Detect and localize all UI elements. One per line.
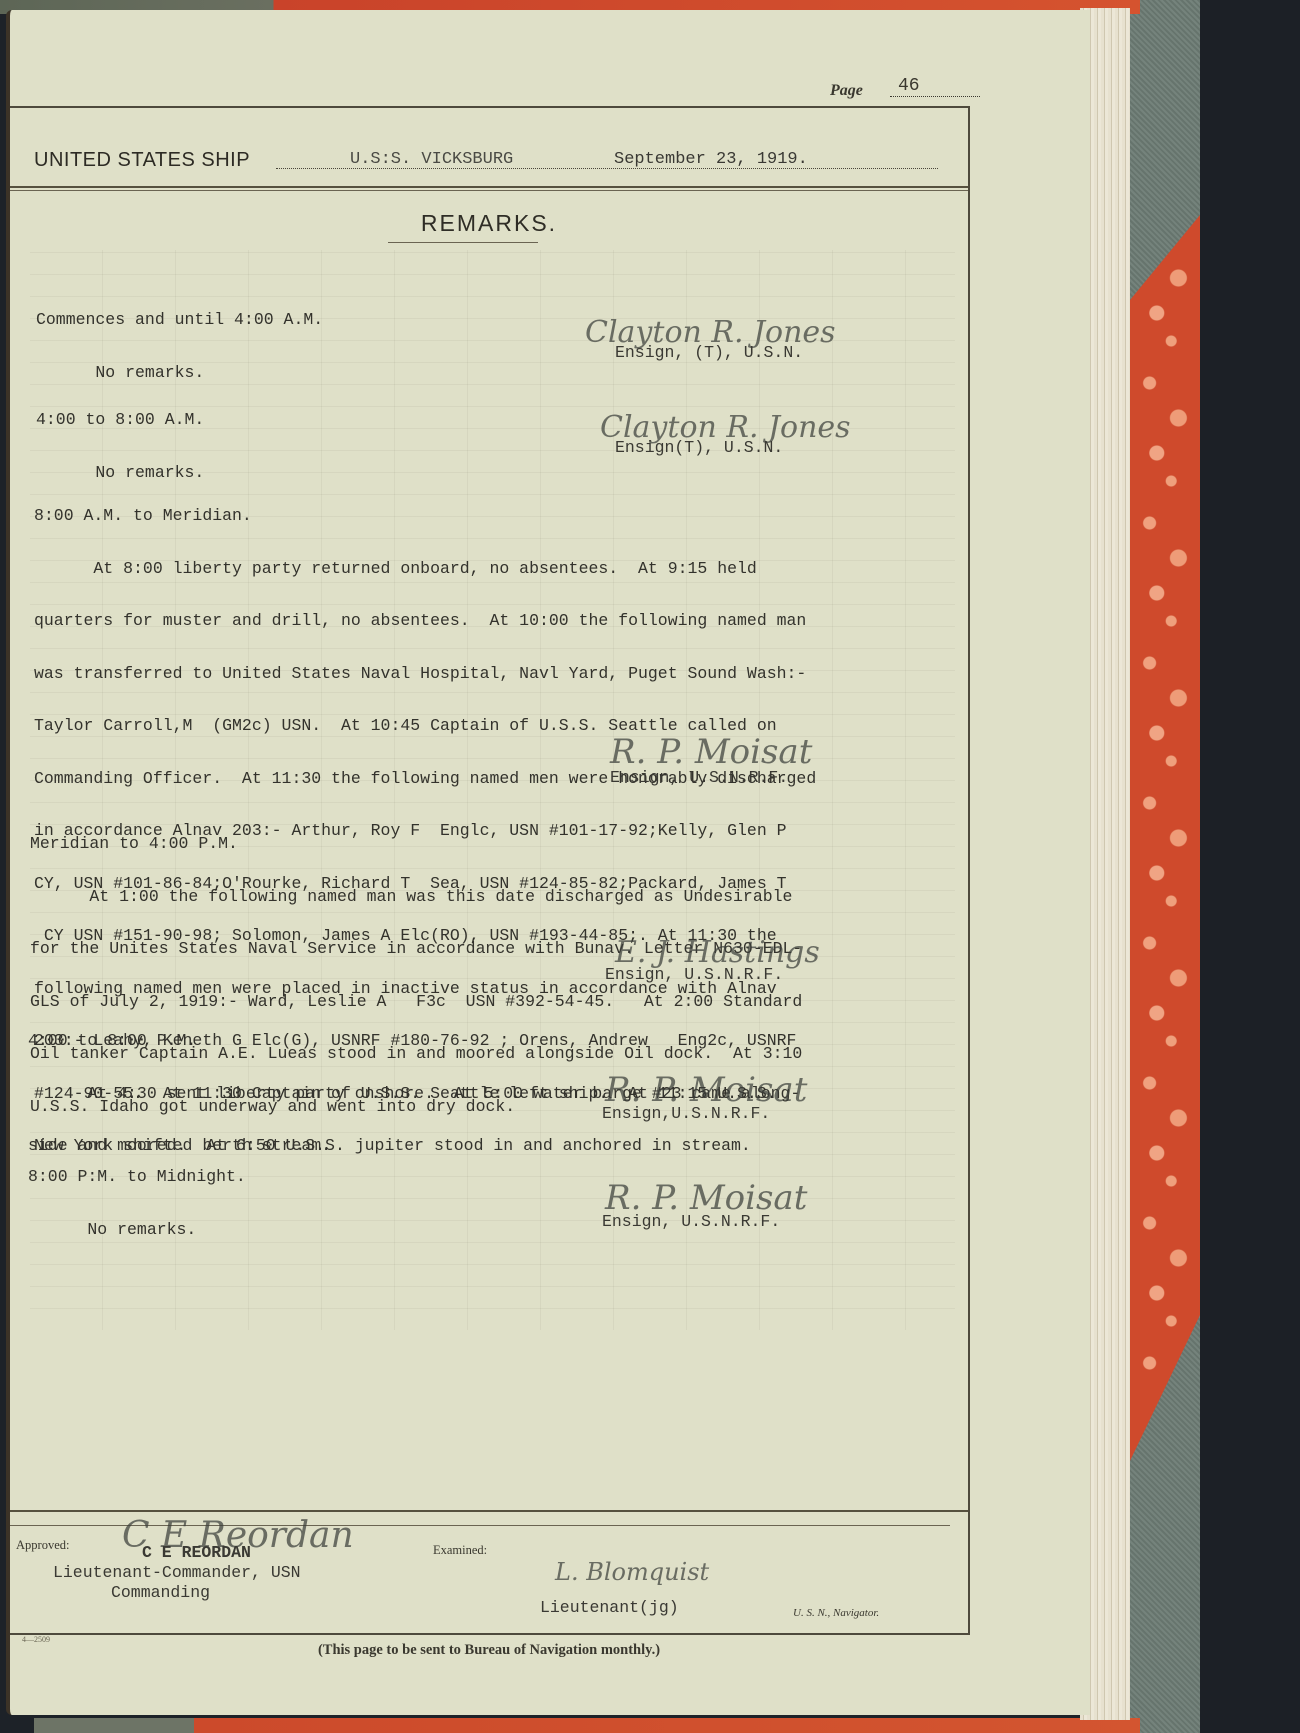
commanding-officer-role: Commanding: [111, 1583, 210, 1602]
navigator-rank: Lieutenant(jg): [540, 1598, 679, 1617]
footer-divider: [10, 1510, 968, 1512]
ship-name: U.S:S. VICKSBURG: [350, 150, 513, 169]
watch-heading: 4:00 to 8:00 A.M.: [36, 411, 204, 429]
watch-remarks-line: was transferred to United States Naval H…: [34, 665, 816, 683]
watch-remarks-line: At 8:00 liberty party returned onboard, …: [34, 560, 816, 578]
commanding-officer-name: C E REORDAN: [142, 1543, 251, 1562]
log-page: Page 46 UNITED STATES SHIP U.S:S. VICKSB…: [6, 10, 1090, 1715]
watch-entry-first-watch: 8:00 P:M. to Midnight. No remarks.: [28, 1133, 246, 1273]
signature-title: Ensign, U.S.N.R.F.: [605, 965, 783, 984]
log-date: September 23, 1919.: [614, 150, 808, 169]
watch-remarks: No remarks.: [28, 1221, 246, 1239]
examined-label: Examined:: [433, 1543, 487, 1558]
navigator-label: U. S. N., Navigator.: [793, 1607, 879, 1619]
ship-label: UNITED STATES SHIP: [34, 149, 250, 172]
remarks-title: REMARKS.: [10, 210, 968, 237]
watch-remarks-line: At 1:00 the following named man was this…: [30, 888, 802, 906]
header-divider-inner: [10, 190, 968, 191]
navigator-signature: L. Blomquist: [555, 1558, 709, 1586]
commanding-officer-rank: Lieutenant-Commander, USN: [53, 1563, 301, 1582]
watch-heading: 4:00 to 8:00 P.M.: [28, 1032, 800, 1050]
book-spine-marbled-paper: [1128, 215, 1200, 1465]
book-cover-bottom-edge: [0, 1718, 1140, 1733]
signature-title: Ensign, U.S.N.R.F.: [610, 768, 788, 787]
remarks-underline: [388, 242, 538, 243]
handwritten-signature: R. P. Moisat: [610, 732, 812, 772]
page-number: 46: [890, 76, 980, 97]
watch-heading: 8:00 P:M. to Midnight.: [28, 1168, 246, 1186]
watch-remarks-line: quarters for muster and drill, no absent…: [34, 612, 816, 630]
background-dark: [1200, 0, 1300, 1733]
signature-title: Ensign(T), U.S.N.: [615, 438, 783, 457]
header-divider: [10, 186, 968, 188]
watch-heading: Meridian to 4:00 P.M.: [30, 835, 802, 853]
signature-title: Ensign, U.S.N.R.F.: [602, 1212, 780, 1231]
approved-label: Approved:: [16, 1538, 69, 1553]
page-number-label: Page: [830, 82, 863, 100]
watch-heading: 8:00 A.M. to Meridian.: [34, 507, 816, 525]
signature-title: Ensign,U.S.N.R.F.: [602, 1104, 770, 1123]
watch-heading: Commences and until 4:00 A.M.: [36, 311, 323, 329]
signature-title: Ensign, (T), U.S.N.: [615, 343, 803, 362]
footer-instruction: (This page to be sent to Bureau of Navig…: [10, 1642, 968, 1659]
